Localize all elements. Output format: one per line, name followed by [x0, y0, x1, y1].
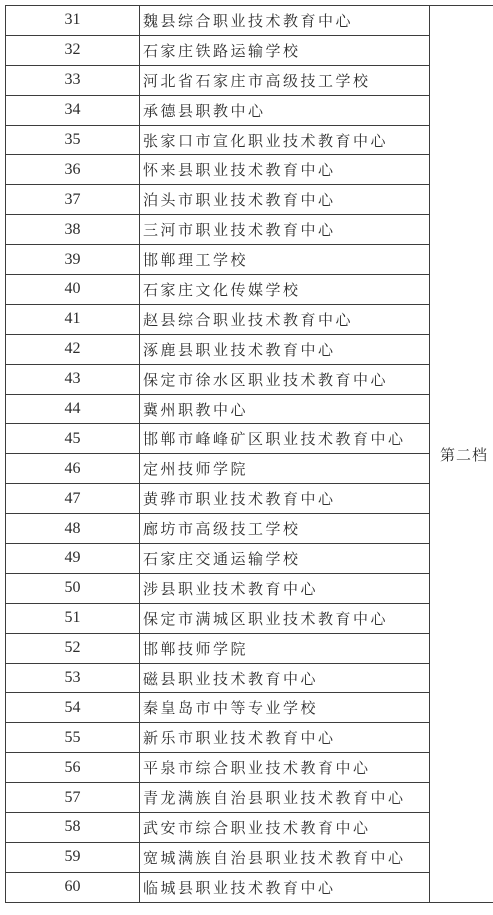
- school-name-cell: 承德县职教中心: [140, 95, 430, 125]
- table-row: 35 张家口市宣化职业技术教育中心: [6, 125, 493, 155]
- row-number-cell: 55: [6, 723, 140, 753]
- table-row: 48 廊坊市高级技工学校: [6, 514, 493, 544]
- row-number-cell: 48: [6, 514, 140, 544]
- table-row: 33 河北省石家庄市高级技工学校: [6, 65, 493, 95]
- table-row: 41 赵县综合职业技术教育中心: [6, 304, 493, 334]
- school-name-cell: 河北省石家庄市高级技工学校: [140, 65, 430, 95]
- document-page: 31 魏县综合职业技术教育中心 第二档 32 石家庄铁路运输学校 33 河北省石…: [0, 0, 493, 915]
- table-row: 50 涉县职业技术教育中心: [6, 573, 493, 603]
- tier-cell: 第二档: [430, 6, 493, 903]
- school-name-cell: 张家口市宣化职业技术教育中心: [140, 125, 430, 155]
- school-name-cell: 涿鹿县职业技术教育中心: [140, 334, 430, 364]
- table-row: 37 泊头市职业技术教育中心: [6, 185, 493, 215]
- row-number-cell: 33: [6, 65, 140, 95]
- school-name-cell: 怀来县职业技术教育中心: [140, 155, 430, 185]
- row-number-cell: 37: [6, 185, 140, 215]
- table-row: 38 三河市职业技术教育中心: [6, 215, 493, 245]
- row-number-cell: 36: [6, 155, 140, 185]
- row-number-cell: 58: [6, 813, 140, 843]
- table-row: 59 宽城满族自治县职业技术教育中心: [6, 842, 493, 872]
- table-row: 49 石家庄交通运输学校: [6, 544, 493, 574]
- school-name-cell: 保定市满城区职业技术教育中心: [140, 603, 430, 633]
- row-number-cell: 46: [6, 454, 140, 484]
- row-number-cell: 32: [6, 35, 140, 65]
- row-number-cell: 45: [6, 424, 140, 454]
- row-number-cell: 31: [6, 6, 140, 36]
- table-row: 39 邯郸理工学校: [6, 245, 493, 275]
- school-name-cell: 石家庄交通运输学校: [140, 544, 430, 574]
- table-row: 45 邯郸市峰峰矿区职业技术教育中心: [6, 424, 493, 454]
- school-tier-table-body: 31 魏县综合职业技术教育中心 第二档 32 石家庄铁路运输学校 33 河北省石…: [6, 6, 493, 903]
- table-row: 56 平泉市综合职业技术教育中心: [6, 753, 493, 783]
- school-name-cell: 邯郸理工学校: [140, 245, 430, 275]
- table-row: 34 承德县职教中心: [6, 95, 493, 125]
- row-number-cell: 57: [6, 783, 140, 813]
- row-number-cell: 42: [6, 334, 140, 364]
- row-number-cell: 51: [6, 603, 140, 633]
- row-number-cell: 38: [6, 215, 140, 245]
- row-number-cell: 59: [6, 842, 140, 872]
- school-name-cell: 秦皇岛市中等专业学校: [140, 693, 430, 723]
- school-name-cell: 邯郸市峰峰矿区职业技术教育中心: [140, 424, 430, 454]
- school-name-cell: 武安市综合职业技术教育中心: [140, 813, 430, 843]
- table-row: 53 磁县职业技术教育中心: [6, 663, 493, 693]
- school-name-cell: 青龙满族自治县职业技术教育中心: [140, 783, 430, 813]
- row-number-cell: 43: [6, 364, 140, 394]
- table-row: 47 黄骅市职业技术教育中心: [6, 484, 493, 514]
- school-name-cell: 石家庄铁路运输学校: [140, 35, 430, 65]
- school-name-cell: 魏县综合职业技术教育中心: [140, 6, 430, 36]
- row-number-cell: 34: [6, 95, 140, 125]
- school-name-cell: 磁县职业技术教育中心: [140, 663, 430, 693]
- table-row: 36 怀来县职业技术教育中心: [6, 155, 493, 185]
- row-number-cell: 53: [6, 663, 140, 693]
- row-number-cell: 40: [6, 275, 140, 305]
- table-row: 44 冀州职教中心: [6, 394, 493, 424]
- row-number-cell: 50: [6, 573, 140, 603]
- school-name-cell: 邯郸技师学院: [140, 633, 430, 663]
- school-name-cell: 石家庄文化传媒学校: [140, 275, 430, 305]
- table-row: 55 新乐市职业技术教育中心: [6, 723, 493, 753]
- row-number-cell: 35: [6, 125, 140, 155]
- row-number-cell: 56: [6, 753, 140, 783]
- school-name-cell: 宽城满族自治县职业技术教育中心: [140, 842, 430, 872]
- row-number-cell: 47: [6, 484, 140, 514]
- row-number-cell: 44: [6, 394, 140, 424]
- school-name-cell: 泊头市职业技术教育中心: [140, 185, 430, 215]
- school-name-cell: 涉县职业技术教育中心: [140, 573, 430, 603]
- table-row: 60 临城县职业技术教育中心: [6, 872, 493, 902]
- school-name-cell: 保定市徐水区职业技术教育中心: [140, 364, 430, 394]
- school-name-cell: 冀州职教中心: [140, 394, 430, 424]
- school-name-cell: 定州技师学院: [140, 454, 430, 484]
- table-row: 32 石家庄铁路运输学校: [6, 35, 493, 65]
- row-number-cell: 41: [6, 304, 140, 334]
- school-name-cell: 廊坊市高级技工学校: [140, 514, 430, 544]
- school-name-cell: 黄骅市职业技术教育中心: [140, 484, 430, 514]
- table-row: 40 石家庄文化传媒学校: [6, 275, 493, 305]
- school-name-cell: 三河市职业技术教育中心: [140, 215, 430, 245]
- table-row: 54 秦皇岛市中等专业学校: [6, 693, 493, 723]
- school-tier-table: 31 魏县综合职业技术教育中心 第二档 32 石家庄铁路运输学校 33 河北省石…: [5, 5, 493, 903]
- row-number-cell: 54: [6, 693, 140, 723]
- school-name-cell: 临城县职业技术教育中心: [140, 872, 430, 902]
- table-row: 42 涿鹿县职业技术教育中心: [6, 334, 493, 364]
- school-name-cell: 新乐市职业技术教育中心: [140, 723, 430, 753]
- table-row: 58 武安市综合职业技术教育中心: [6, 813, 493, 843]
- table-row: 51 保定市满城区职业技术教育中心: [6, 603, 493, 633]
- school-name-cell: 平泉市综合职业技术教育中心: [140, 753, 430, 783]
- row-number-cell: 49: [6, 544, 140, 574]
- row-number-cell: 52: [6, 633, 140, 663]
- table-row: 57 青龙满族自治县职业技术教育中心: [6, 783, 493, 813]
- table-row: 43 保定市徐水区职业技术教育中心: [6, 364, 493, 394]
- row-number-cell: 39: [6, 245, 140, 275]
- table-row: 31 魏县综合职业技术教育中心 第二档: [6, 6, 493, 36]
- table-row: 52 邯郸技师学院: [6, 633, 493, 663]
- row-number-cell: 60: [6, 872, 140, 902]
- school-name-cell: 赵县综合职业技术教育中心: [140, 304, 430, 334]
- table-row: 46 定州技师学院: [6, 454, 493, 484]
